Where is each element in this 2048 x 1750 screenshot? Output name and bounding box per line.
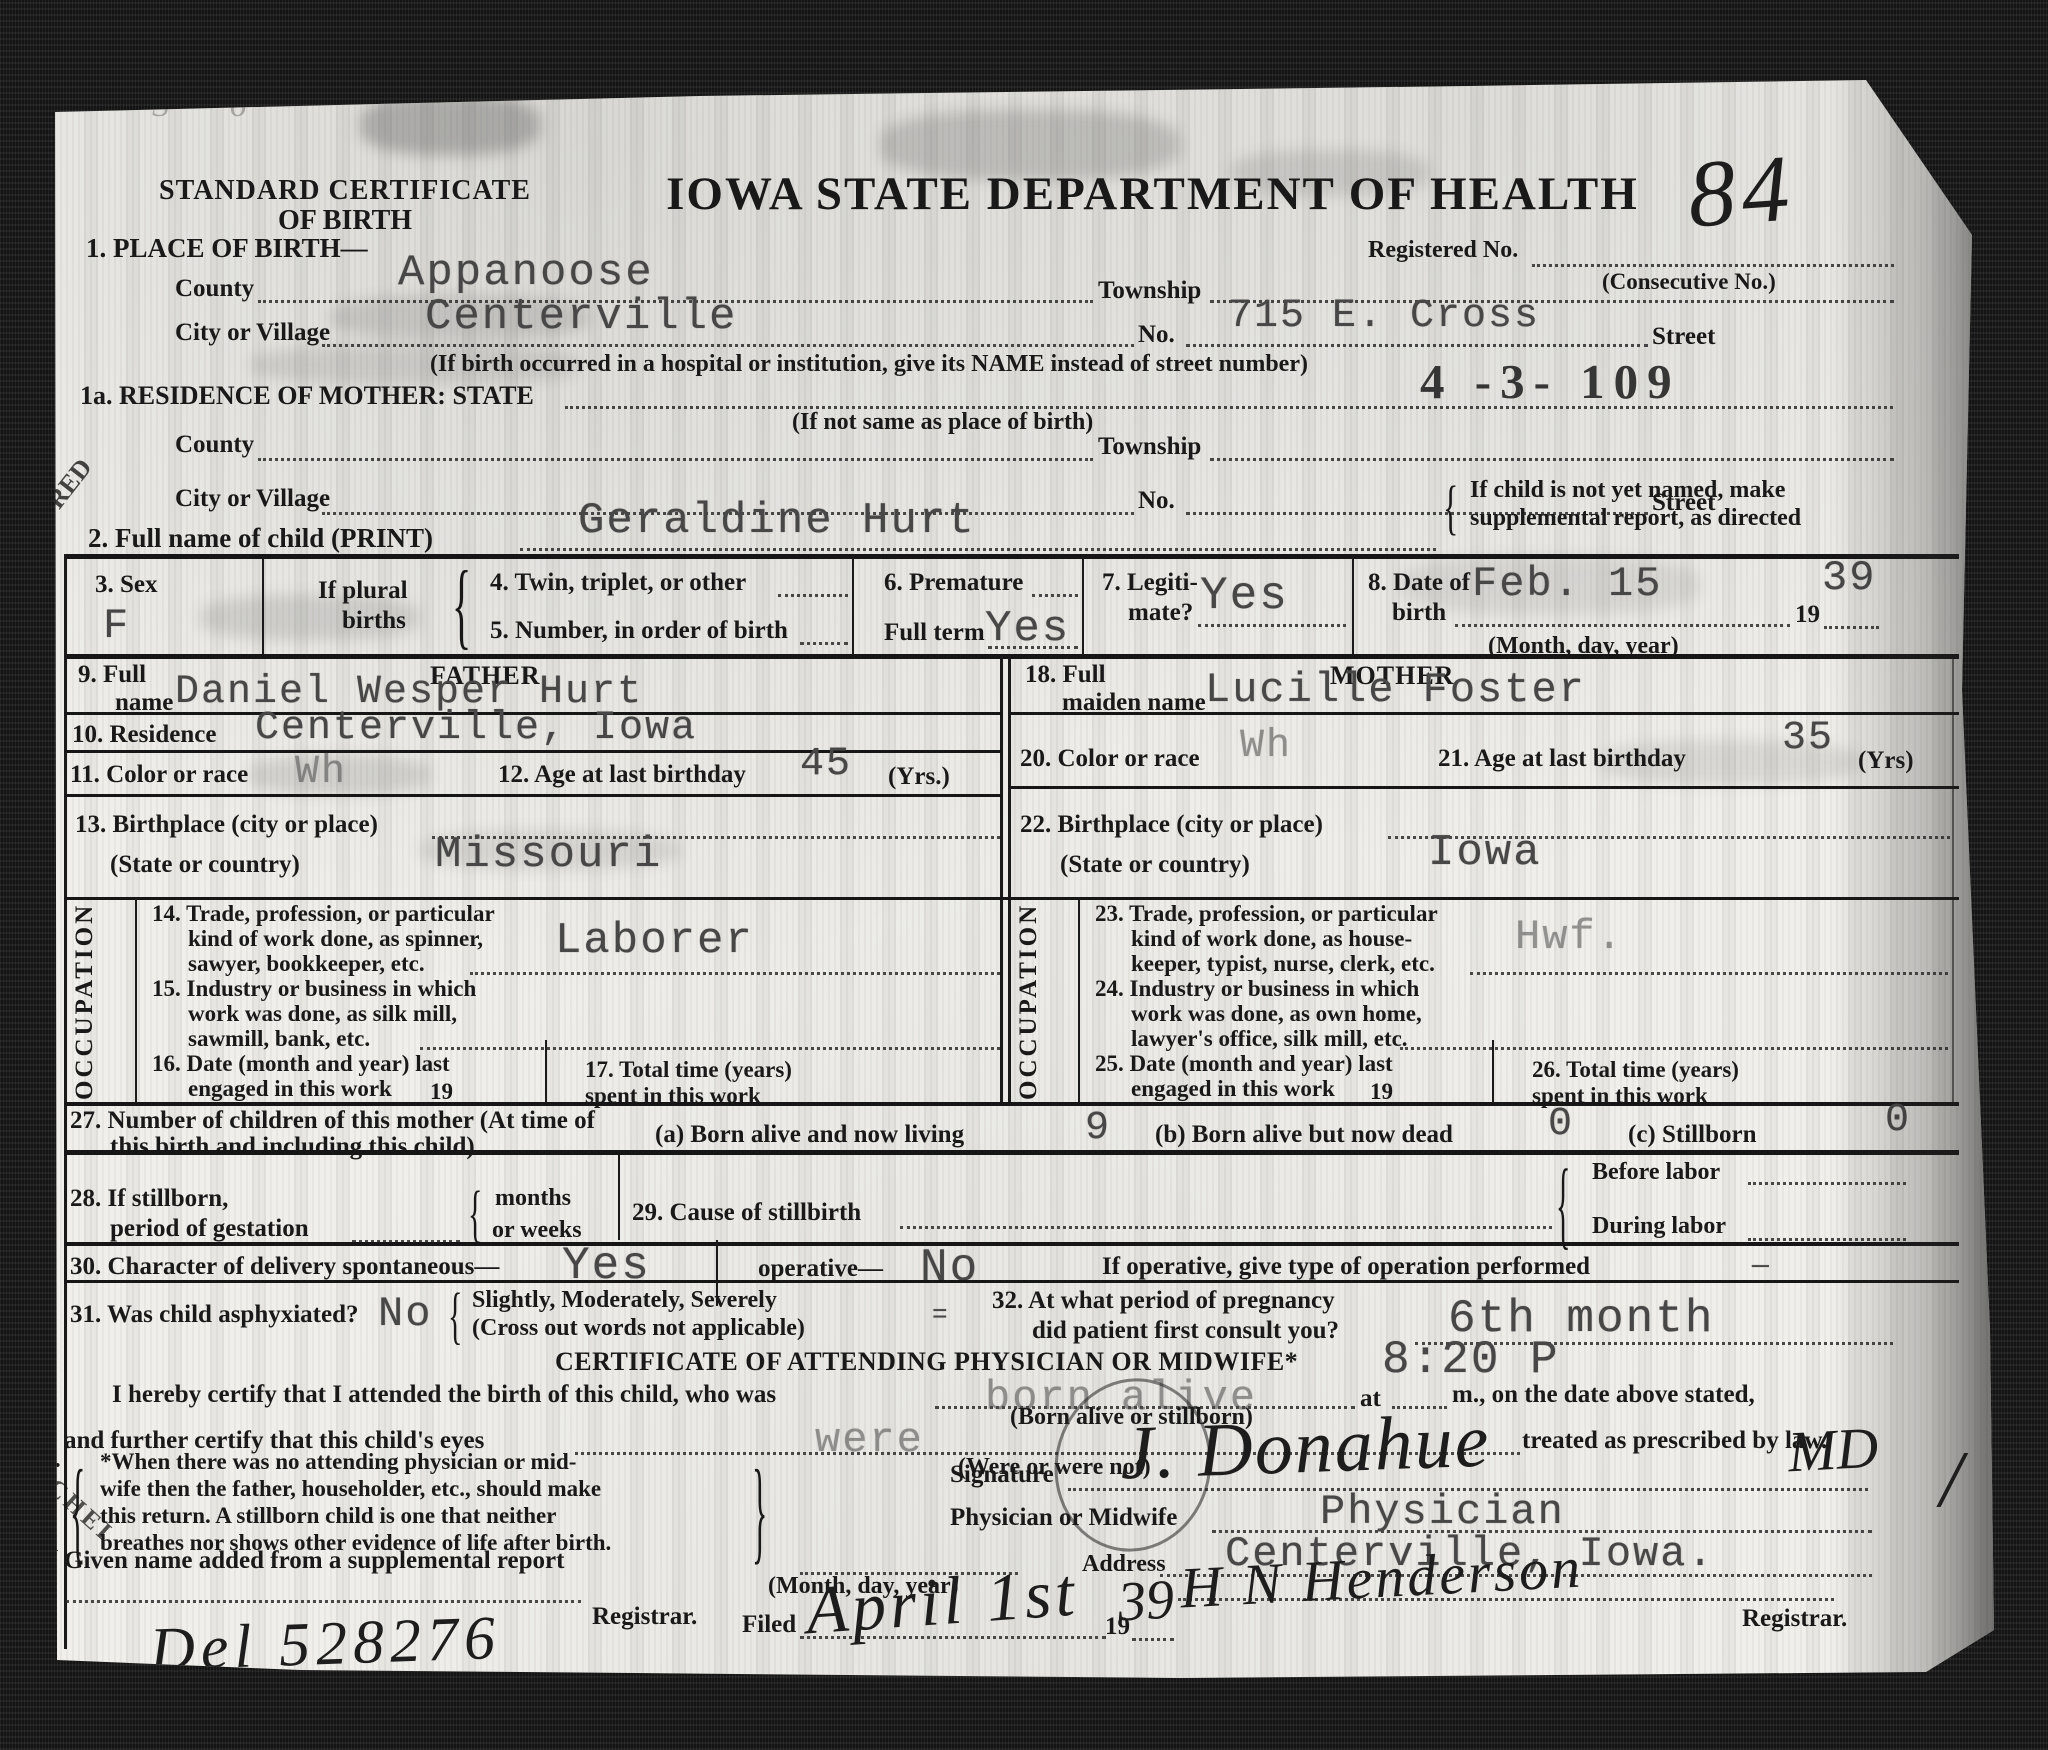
city-or-village-label: City or Village <box>175 486 330 512</box>
father-age-label: 12. Age at last birthday <box>498 762 746 788</box>
operative-value: No <box>920 1244 979 1292</box>
mother-birthplace-note: (State or country) <box>1060 852 1250 878</box>
dotted-line <box>470 972 1000 975</box>
filed-year-handwritten: 39 <box>1116 1571 1175 1633</box>
street-no-label: No. <box>1138 488 1175 514</box>
section-rule <box>64 1102 1959 1106</box>
certify-line2b: treated as prescribed by law. <box>1522 1428 1827 1454</box>
margin-fragment-ed: ed <box>34 1532 58 1557</box>
certify-line1b: m., on the date above stated, <box>1452 1382 1755 1408</box>
father-trade-line3: sawyer, bookkeeper, etc. <box>188 952 425 976</box>
dotted-line <box>1455 624 1790 627</box>
not-same-note: (If not same as place of birth) <box>792 410 1093 435</box>
scan-edge-shadow <box>1830 78 1996 1678</box>
before-labor-label: Before labor <box>1592 1160 1720 1185</box>
footnote-line2: wife then the father, householder, etc.,… <box>100 1477 601 1501</box>
brace: } <box>752 1452 767 1567</box>
supplemental-report-label: Given name added from a supplemental rep… <box>64 1548 564 1574</box>
father-age-unit: (Yrs.) <box>888 764 950 790</box>
month-day-year-note: (Month, day, year) <box>1488 634 1679 659</box>
father-age-value: 45 <box>800 744 852 786</box>
during-labor-label: During labor <box>1592 1214 1726 1239</box>
street-no-label: No. <box>1138 322 1175 348</box>
mother-race-value: Wh <box>1240 726 1292 768</box>
mother-trade-value: Hwf. <box>1515 915 1624 959</box>
father-occupation-side-label: OCCUPATION <box>72 908 98 1100</box>
father-trade-value: Laborer <box>555 918 754 964</box>
sub-divider <box>1492 1040 1494 1102</box>
department-title: IOWA STATE DEPARTMENT OF HEALTH <box>660 170 1645 219</box>
township-label: Township <box>1098 434 1201 460</box>
physician-certificate-title: CERTIFICATE OF ATTENDING PHYSICIAN OR MI… <box>555 1348 1298 1375</box>
father-full-label: 9. Full <box>78 662 146 688</box>
dotted-line <box>1032 594 1078 597</box>
section-rule <box>64 897 1959 900</box>
born-alive-dead-value: 0 <box>1548 1104 1574 1146</box>
section-rule <box>64 1150 1959 1155</box>
row-rule <box>1011 786 1959 789</box>
dotted-line <box>565 406 1893 409</box>
mother-total-line1: 26. Total time (years) <box>1532 1058 1739 1082</box>
street-label: Street <box>1652 324 1715 350</box>
registrar-label-left: Registrar. <box>592 1604 697 1630</box>
born-alive-living-value: 9 <box>1085 1108 1111 1150</box>
mother-last-date-line1: 25. Date (month and year) last <box>1095 1052 1393 1076</box>
born-alive-living-label: (a) Born alive and now living <box>655 1122 964 1148</box>
year-prefix: 19 <box>1795 602 1820 628</box>
section-rule <box>64 1242 1959 1246</box>
birth-order-label: 5. Number, in order of birth <box>490 618 788 644</box>
full-term-value: Yes <box>985 606 1070 652</box>
mother-name-value: Lucille Foster <box>1205 668 1586 712</box>
unnamed-child-note-line2: supplemental report, as directed <box>1470 506 1801 531</box>
mother-age-value: 35 <box>1782 718 1834 760</box>
city-or-village-label: City or Village <box>175 320 330 346</box>
father-birthplace-value: Missouri <box>435 832 662 878</box>
father-trade-line1: 14. Trade, profession, or particular <box>152 902 495 926</box>
mother-industry-line2: work was done, as own home, <box>1131 1002 1422 1026</box>
dotted-line <box>420 1047 1000 1050</box>
pregnancy-period-line1: 32. At what period of pregnancy <box>992 1288 1335 1314</box>
consecutive-no-note: (Consecutive No.) <box>1602 270 1776 294</box>
severity-line2: (Cross out words not applicable) <box>472 1316 805 1341</box>
street-no-value: 715 E. Cross <box>1228 296 1540 338</box>
certificate-paper: S 6 STANDARD CERTIFICATE OF BIRTH IOWA S… <box>0 0 2048 1750</box>
township-label: Township <box>1098 278 1201 304</box>
county-label: County <box>175 432 254 458</box>
scanned-birth-certificate: S 6 STANDARD CERTIFICATE OF BIRTH IOWA S… <box>0 0 2048 1750</box>
faint-pencil-mark: S 6 <box>152 88 273 124</box>
birth-time-value: 8:20 P <box>1382 1336 1560 1384</box>
form-title-line2: OF BIRTH <box>110 206 580 235</box>
asphyxiated-value: No <box>378 1292 432 1336</box>
scan-smudge <box>360 95 540 155</box>
months-label: months <box>495 1186 571 1211</box>
filed-label: Filed <box>742 1612 796 1638</box>
occupation-divider <box>1078 897 1080 1102</box>
father-last-date-year: 19 <box>430 1080 453 1104</box>
sex-value: F <box>103 604 130 648</box>
unnamed-child-note-line1: If child is not yet named, make <box>1470 478 1785 503</box>
legitimate-label-line2: mate? <box>1128 600 1193 626</box>
county-label: County <box>175 276 254 302</box>
full-term-label: Full term <box>884 620 985 646</box>
hospital-note: (If birth occurred in a hospital or inst… <box>430 352 1308 377</box>
father-birthplace-note: (State or country) <box>110 852 300 878</box>
father-birthplace-label: 13. Birthplace (city or place) <box>75 812 378 838</box>
city-or-village-value: Centerville <box>425 294 737 340</box>
dotted-line <box>800 642 848 645</box>
if-stillborn-line2: period of gestation <box>110 1216 309 1242</box>
brace: { <box>452 558 471 654</box>
column-divider <box>1352 556 1354 654</box>
signature-label: Signature <box>950 1462 1054 1488</box>
dotted-line <box>322 344 1134 347</box>
born-alive-dead-label: (b) Born alive but now dead <box>1155 1122 1453 1148</box>
mother-trade-line3: keeper, typist, nurse, clerk, etc. <box>1131 952 1435 976</box>
certify-line1a: I hereby certify that I attended the bir… <box>112 1382 776 1408</box>
dotted-line <box>258 458 1093 461</box>
brace: { <box>448 1286 462 1349</box>
father-trade-line2: kind of work done, as spinner, <box>188 927 483 951</box>
column-divider <box>262 556 264 654</box>
center-divider <box>1008 656 1011 1104</box>
father-industry-line2: work was done, as silk mill, <box>188 1002 457 1026</box>
row-rule <box>64 794 1002 797</box>
sub-divider <box>545 1040 547 1102</box>
mother-race-label: 20. Color or race <box>1020 746 1200 772</box>
row-rule <box>64 1280 1959 1283</box>
if-stillborn-line1: 28. If stillborn, <box>70 1186 228 1212</box>
district-stamp: 4 -3- 109 <box>1420 356 1681 407</box>
mother-last-date-line2: engaged in this work <box>1131 1077 1335 1101</box>
children-count-line2: this birth and including this child) <box>110 1134 475 1160</box>
plural-births-line1: If plural <box>318 578 408 604</box>
operation-type-label: If operative, give type of operation per… <box>1102 1254 1590 1280</box>
mother-industry-line1: 24. Industry or business in which <box>1095 977 1419 1001</box>
date-of-birth-label-line1: 8. Date of <box>1368 570 1470 596</box>
mother-age-label: 21. Age at last birthday <box>1438 746 1686 772</box>
asphyxiated-label: 31. Was child asphyxiated? <box>70 1302 359 1328</box>
plural-births-line2: births <box>342 608 406 634</box>
filed-date-handwritten: April 1st <box>804 1557 1080 1647</box>
row-rule <box>64 750 1002 753</box>
registered-no-label: Registered No. <box>1368 238 1518 263</box>
mother-birthplace-value: Iowa <box>1428 830 1542 876</box>
children-count-line1: 27. Number of children of this mother (A… <box>70 1108 595 1134</box>
father-last-date-line1: 16. Date (month and year) last <box>152 1052 450 1076</box>
registered-number-handwritten: 84 <box>1685 138 1799 245</box>
dotted-line <box>1210 458 1894 461</box>
father-last-date-line2: engaged in this work <box>188 1077 392 1101</box>
form-title-line1: STANDARD CERTIFICATE <box>110 176 580 205</box>
center-divider <box>1000 656 1003 1104</box>
legitimate-value: Yes <box>1200 572 1289 620</box>
premature-label: 6. Premature <box>884 570 1023 596</box>
eyes-treated-value: were <box>815 1418 924 1462</box>
cause-of-stillbirth-label: 29. Cause of stillbirth <box>632 1200 861 1226</box>
dotted-line <box>778 594 848 597</box>
margin-fragment-ul: ul. <box>30 1612 56 1637</box>
mother-last-date-year: 19 <box>1370 1080 1393 1104</box>
legitimate-label-line1: 7. Legiti- <box>1102 570 1198 596</box>
brace: { <box>468 1184 482 1247</box>
margin-fragment-y: y. <box>44 1448 61 1473</box>
severity-line1: Slightly, Moderately, Severely <box>472 1288 777 1313</box>
physician-signature: J. Donahue <box>1119 1402 1492 1495</box>
mother-industry-line3: lawyer's office, silk mill, etc. <box>1131 1027 1408 1051</box>
mother-birthplace-label: 22. Birthplace (city or place) <box>1020 812 1323 838</box>
asphyxiated-mark: = <box>932 1302 950 1329</box>
father-race-value: Wh <box>295 752 347 794</box>
child-name-value: Geraldine Hurt <box>578 498 976 544</box>
operative-label: operative— <box>758 1256 883 1282</box>
brace: { <box>1443 476 1458 537</box>
date-of-birth-value: Feb. 15 <box>1472 562 1662 606</box>
physician-or-midwife-label: Physician or Midwife <box>950 1505 1177 1531</box>
stillborn-count-label: (c) Stillborn <box>1628 1122 1756 1148</box>
pregnancy-period-line2: did patient first consult you? <box>1032 1318 1339 1344</box>
operation-type-value: — <box>1752 1252 1771 1281</box>
footnote-line3: this return. A stillborn child is one th… <box>100 1504 556 1528</box>
county-value: Appanoose <box>398 250 654 296</box>
mother-occupation-side-label: OCCUPATION <box>1016 908 1042 1100</box>
dotted-line <box>66 1600 581 1603</box>
mother-full-label: 18. Full <box>1025 662 1106 688</box>
column-divider <box>1082 556 1084 654</box>
father-industry-line3: sawmill, bank, etc. <box>188 1027 370 1051</box>
column-divider <box>618 1155 620 1240</box>
father-race-label: 11. Color or race <box>70 762 248 788</box>
physician-or-midwife-value: Physician <box>1320 1490 1565 1534</box>
margin-stamp-fragment-top: RED <box>42 454 97 514</box>
mother-trade-line2: kind of work done, as house- <box>1131 927 1412 951</box>
delivery-character-label: 30. Character of delivery spontaneous— <box>70 1254 499 1280</box>
dotted-line <box>520 548 1436 551</box>
date-of-birth-label-line2: birth <box>1392 600 1446 626</box>
section-rule <box>64 554 1959 559</box>
occupation-divider <box>135 897 137 1102</box>
child-name-label: 2. Full name of child (PRINT) <box>88 524 433 552</box>
place-of-birth-section-label: 1. PLACE OF BIRTH— <box>86 234 368 262</box>
row-rule <box>1011 712 1959 715</box>
father-industry-line1: 15. Industry or business in which <box>152 977 476 1001</box>
residence-of-mother-label: 1a. RESIDENCE OF MOTHER: STATE <box>80 382 534 409</box>
twin-triplet-label: 4. Twin, triplet, or other <box>490 570 746 596</box>
dotted-line <box>1132 1638 1174 1641</box>
mother-trade-line1: 23. Trade, profession, or particular <box>1095 902 1438 926</box>
sex-label: 3. Sex <box>95 572 158 598</box>
dotted-line <box>900 1226 1552 1229</box>
file-number-handwritten: Del 528276 <box>149 1606 502 1683</box>
father-residence-value: Centerville, Iowa <box>255 708 697 750</box>
father-total-line1: 17. Total time (years) <box>585 1058 792 1082</box>
footnote-line1: *When there was no attending physician o… <box>100 1450 576 1474</box>
dotted-line <box>1198 624 1346 627</box>
father-residence-label: 10. Residence <box>72 722 216 748</box>
dotted-line <box>1186 344 1648 347</box>
delivery-spontaneous-value: Yes <box>562 1242 651 1290</box>
column-divider <box>852 556 854 654</box>
